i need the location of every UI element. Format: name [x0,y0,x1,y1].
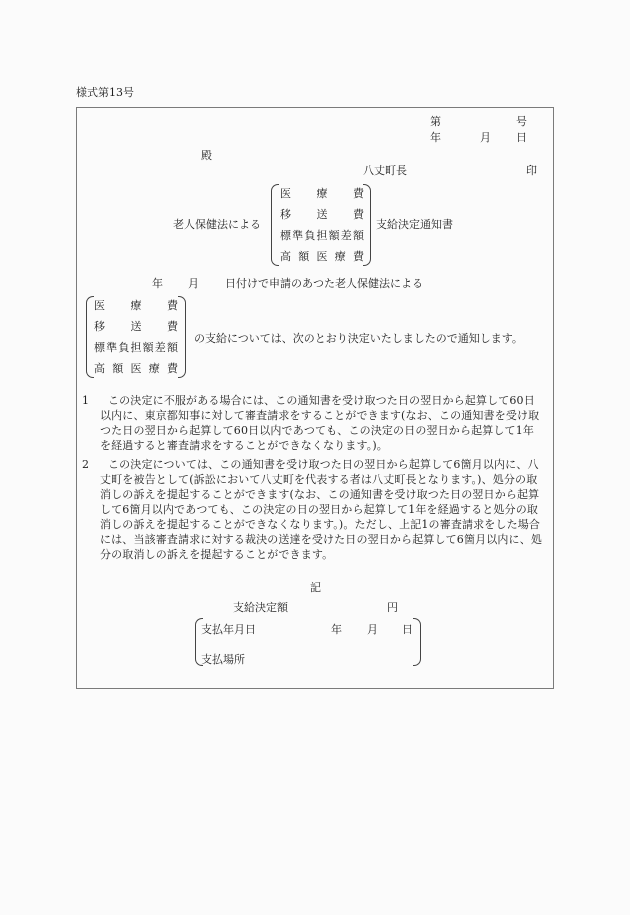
intro-items: 医療費 移送費 標準負担額差額 高額医療費 [94,295,178,379]
title-items: 医療費 移送費 標準負担額差額 高額医療費 [280,183,364,267]
amount-label: 支給決定額 [233,599,288,615]
title-item-transport: 移送費 [280,204,364,225]
payment-date-month: 月 [367,621,378,637]
intro-year: 年 [152,275,163,291]
title-item-standard-burden-difference: 標準負担額差額 [280,225,364,246]
intro-item-transport: 移送費 [94,316,178,337]
title-bracket-right [363,184,371,266]
payment-date-day: 日 [402,621,413,637]
note-2-number: 2 [91,457,108,472]
note-1: 1この決定に不服がある場合には、この通知書を受け取つた日の翌日から起算して60日… [91,393,543,453]
seal-mark: 印 [526,162,537,178]
number-suffix: 号 [516,113,527,129]
intro-item-medical: 医療費 [94,295,178,316]
addressee-suffix: 殿 [201,147,212,163]
title-item-high-cost-medical: 高額医療費 [280,246,364,267]
intro-month: 月 [188,275,199,291]
payment-bracket-right [413,618,421,666]
note-1-text: この決定に不服がある場合には、この通知書を受け取つた日の翌日から起算して60日以… [100,394,539,452]
intro-line1: 日付けで申請のあつた老人保健法による [225,275,423,291]
intro-bracket-right [178,296,186,378]
payment-date-year: 年 [331,621,342,637]
intro-item-high-cost-medical: 高額医療費 [94,358,178,379]
issuer-name: 八丈町長 [363,162,407,178]
intro-item-standard-burden-difference: 標準負担額差額 [94,337,178,358]
intro-line2: の支給については、次のとおり決定いたしましたので通知します。 [194,330,523,346]
note-2-text: この決定については、この通知書を受け取つた日の翌日から起算して6箇月以内に、八丈… [100,458,542,561]
amount-unit: 円 [387,599,398,615]
title-bracket-left [271,184,279,266]
form-number: 様式第13号 [76,84,134,100]
note-2: 2この決定については、この通知書を受け取つた日の翌日から起算して6箇月以内に、八… [91,457,543,562]
title-suffix: 支給決定通知書 [376,216,453,232]
intro-bracket-left [86,296,94,378]
date-month: 月 [480,129,491,145]
number-prefix: 第 [430,113,441,129]
payment-place-label: 支払場所 [201,651,245,667]
payment-date-label: 支払年月日 [201,621,256,637]
title-item-medical: 医療費 [280,183,364,204]
date-day: 日 [516,129,527,145]
note-1-number: 1 [91,393,108,408]
date-year: 年 [430,129,441,145]
record-heading: 記 [310,579,321,595]
title-prefix: 老人保健法による [173,216,261,232]
